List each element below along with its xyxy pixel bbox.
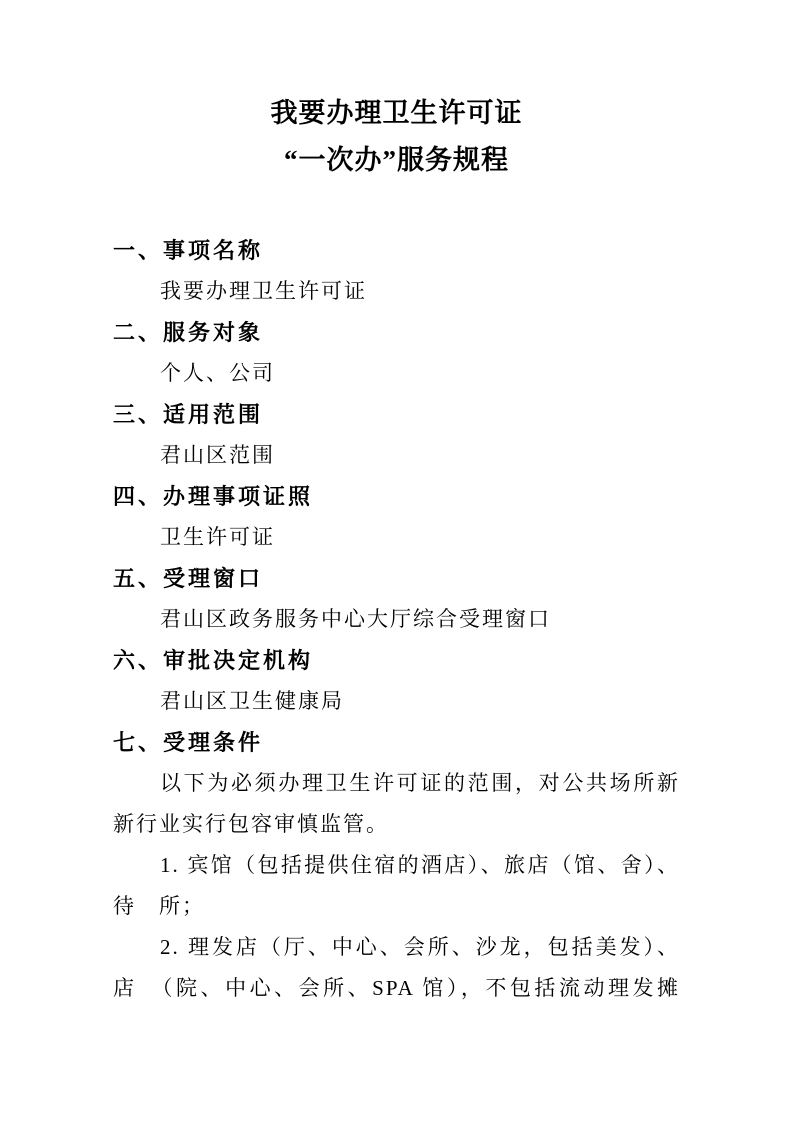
section-2-heading: 二、服务对象 [113,312,680,353]
section-5-body: 君山区政务服务中心大厅综合受理窗口 [113,599,680,640]
section-7-heading: 七、受理条件 [113,722,680,763]
document-body: 一、事项名称 我要办理卫生许可证 二、服务对象 个人、公司 三、适用范围 君山区… [113,230,680,1009]
document-title-line-2: “一次办”服务规程 [0,137,793,184]
section-3-heading: 三、适用范围 [113,394,680,435]
section-1-body: 我要办理卫生许可证 [113,271,680,312]
section-7-paragraph-line: 以下为必须办理卫生许可证的范围，对公共场所新业态、 [113,763,680,804]
section-7-list-item-2-line: 店 （院、中心、会所、SPA 馆），不包括流动理发摊点、医 [113,968,680,1009]
section-2-body: 个人、公司 [113,353,680,394]
section-1-heading: 一、事项名称 [113,230,680,271]
document-title: 我要办理卫生许可证 “一次办”服务规程 [0,0,793,184]
section-7-list-item-2-line: 2. 理发店（厅、中心、会所、沙龙，包括美发）、美容 [113,927,680,968]
section-4-heading: 四、办理事项证照 [113,476,680,517]
section-7-list-item-1-line: 1. 宾馆（包括提供住宿的酒店）、旅店（馆、舍）、招 [113,845,680,886]
document-page: 我要办理卫生许可证 “一次办”服务规程 一、事项名称 我要办理卫生许可证 二、服… [0,0,793,1122]
section-6-body: 君山区卫生健康局 [113,681,680,722]
document-title-line-1: 我要办理卫生许可证 [0,90,793,137]
section-7-list-item-1-line: 待 所； [113,886,680,927]
section-6-heading: 六、审批决定机构 [113,640,680,681]
section-3-body: 君山区范围 [113,435,680,476]
section-5-heading: 五、受理窗口 [113,558,680,599]
section-4-body: 卫生许可证 [113,517,680,558]
section-7-paragraph-line: 新行业实行包容审慎监管。 [113,804,680,845]
